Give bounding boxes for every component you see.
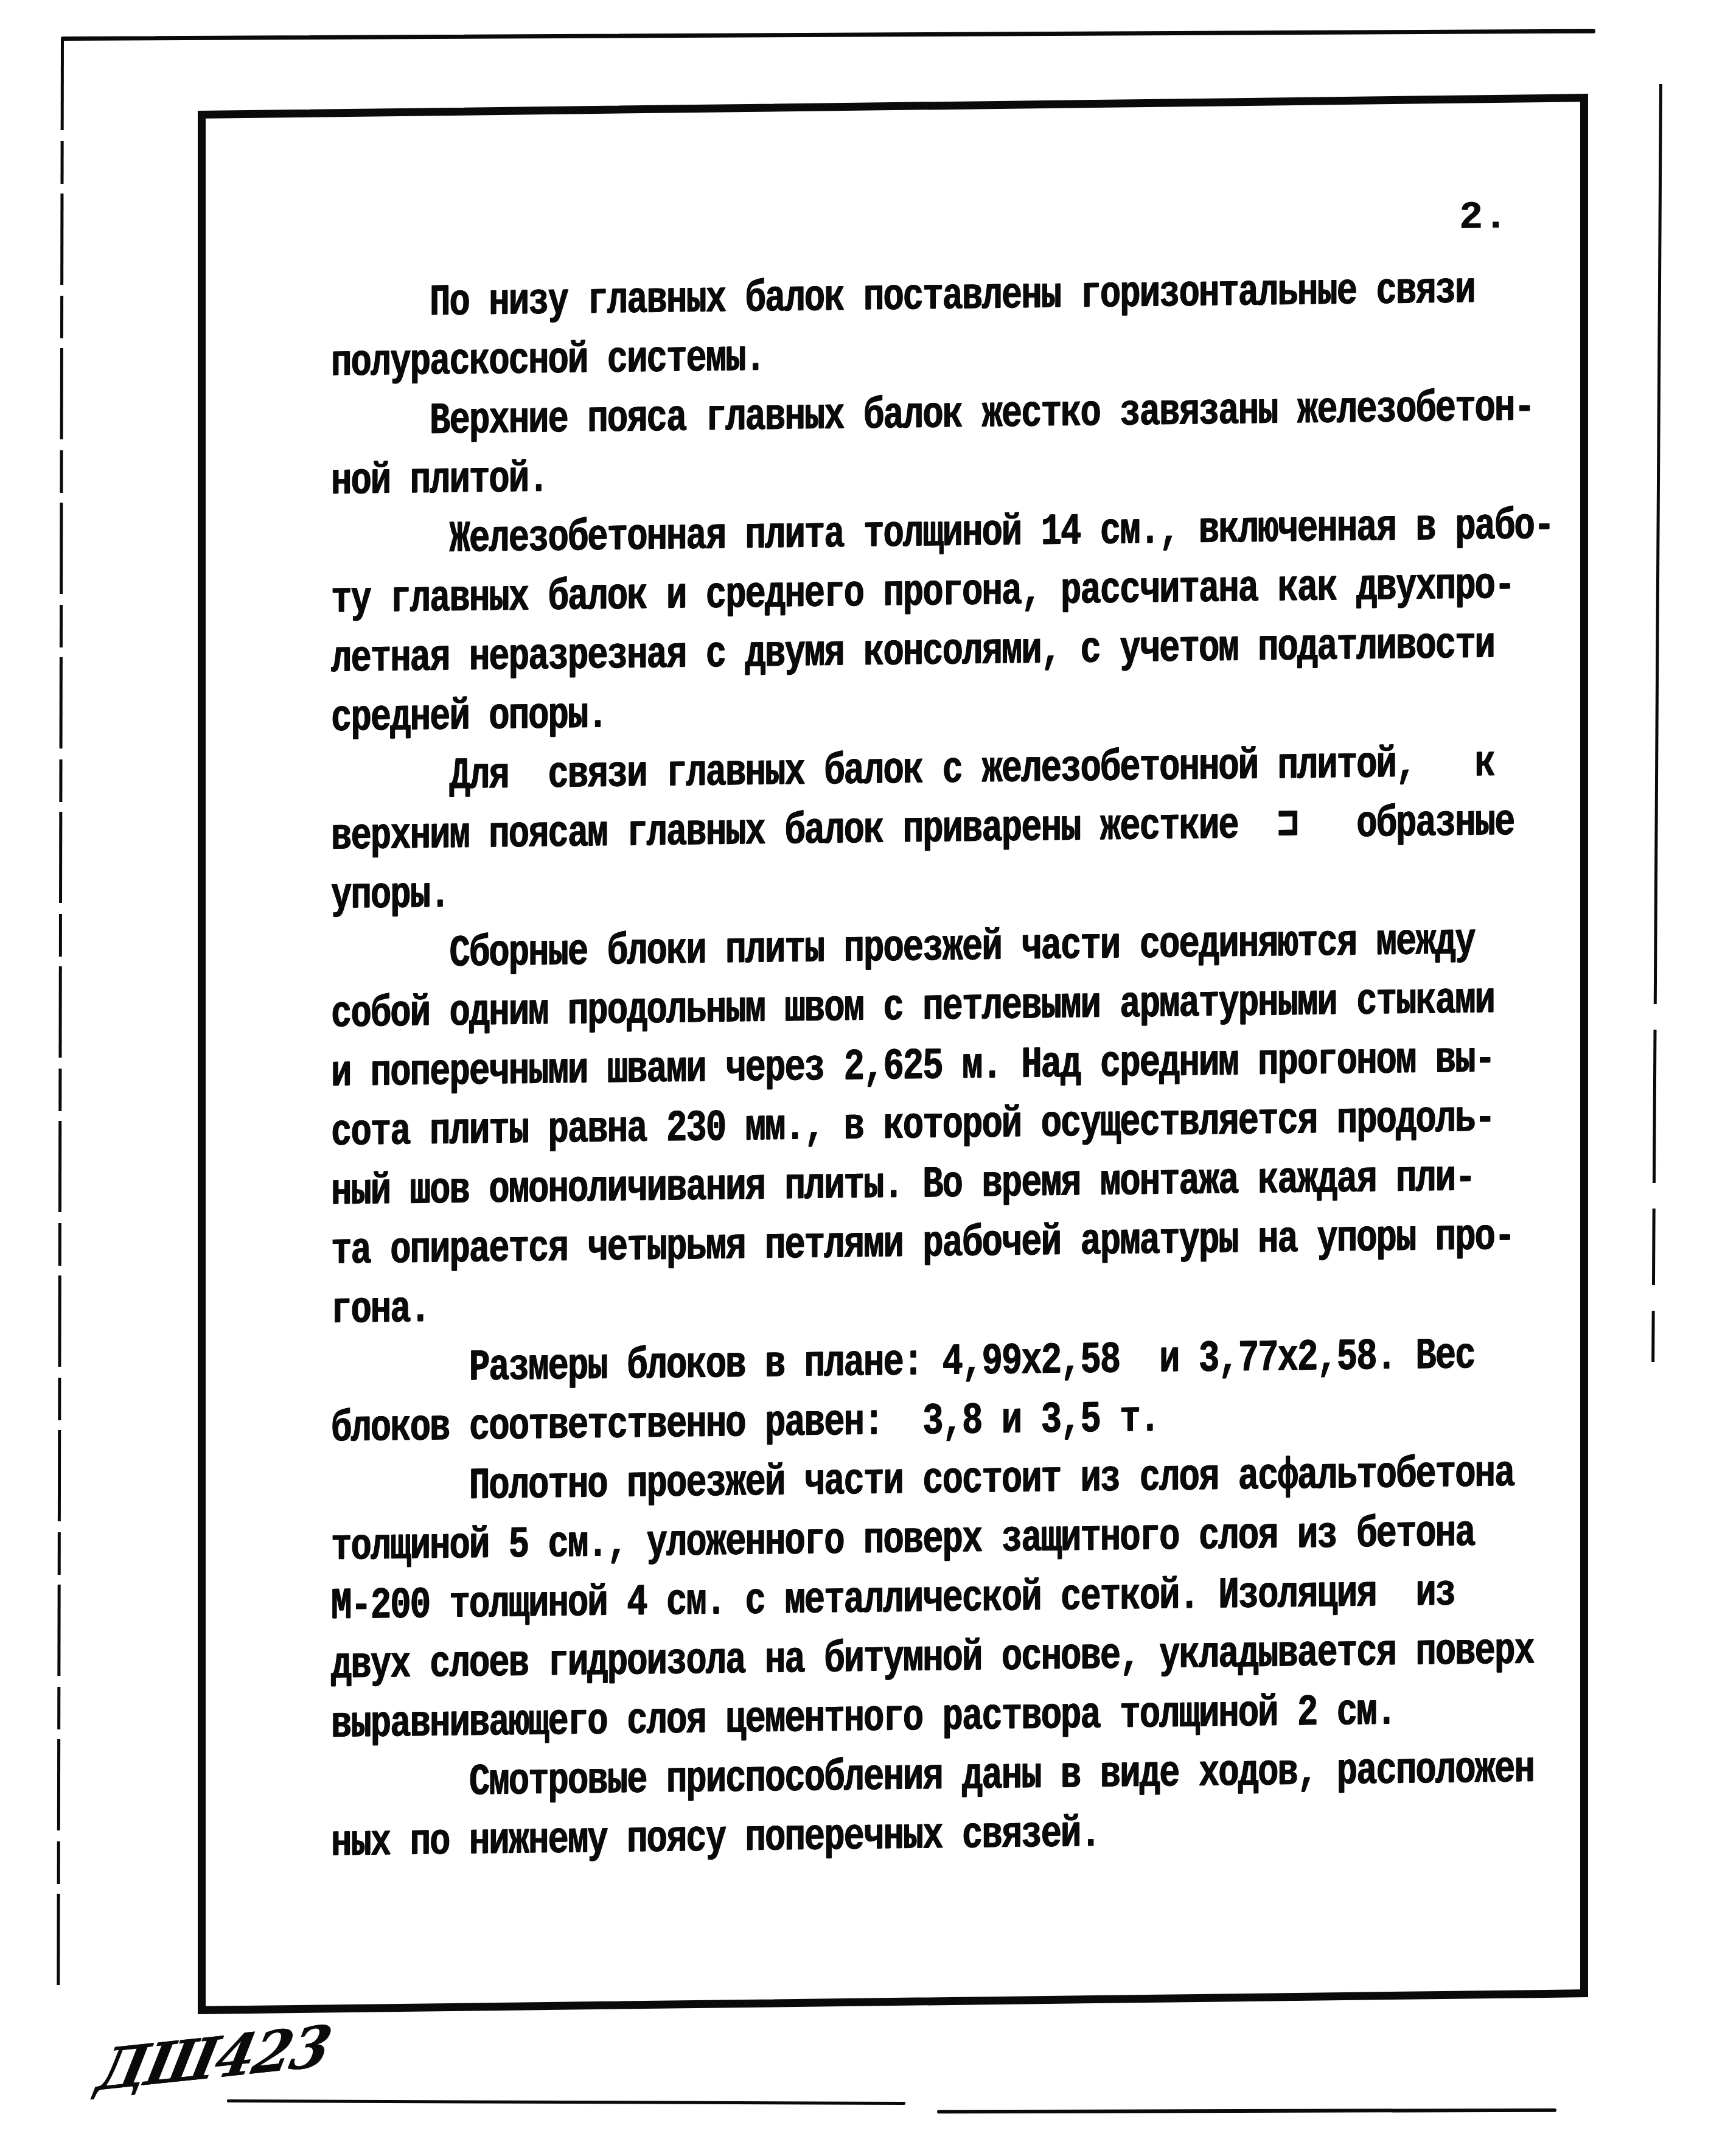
typed-text-block: По низу главных балок поставлены горизон…: [331, 260, 1584, 1874]
sheet-content: 2. По низу главных балок поставлены гори…: [0, 0, 1725, 2156]
scanned-document-page: 2. По низу главных балок поставлены гори…: [0, 0, 1725, 2156]
page-number: 2.: [1459, 196, 1508, 240]
